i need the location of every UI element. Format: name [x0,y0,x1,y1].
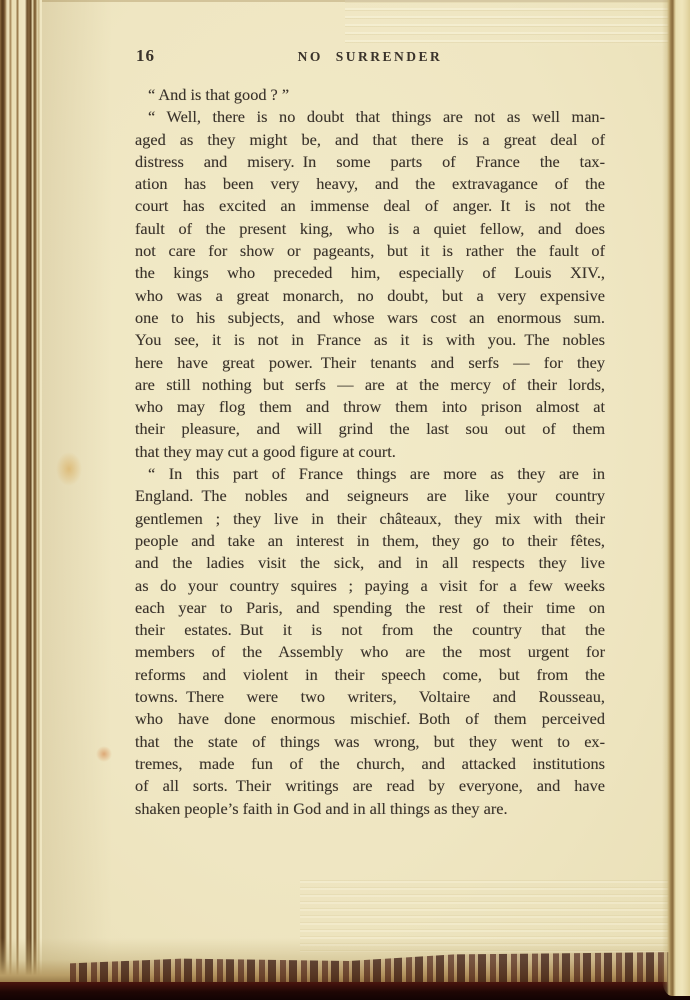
text-line: towns. There were two writers, Voltaire … [135,686,605,708]
text-line: who have done enormous mischief. Both of… [135,708,605,730]
text-line: each year to Paris, and spending the res… [135,597,605,619]
text-line: tremes, made fun of the church, and atta… [135,753,605,775]
text-line: not care for show or pageants, but it is… [135,240,605,262]
text-line: who was a great monarch, no doubt, but a… [135,285,605,307]
book-cover-bottom [0,982,690,1000]
text-line: court has excited an immense deal of ang… [135,195,605,217]
page-text: “ And is that good ? ”“ Well, there is n… [135,84,605,820]
text-line: of all sorts. Their writings are read by… [135,775,605,797]
text-line: members of the Assembly who are the most… [135,641,605,663]
text-line: shaken people’s faith in God and in all … [135,798,605,820]
text-line: “ And is that good ? ” [135,84,605,106]
gutter-shadow [42,0,112,1000]
page-top-edge-texture [345,0,676,46]
text-line: who may flog them and throw them into pr… [135,396,605,418]
text-line: here have great power. Their tenants and… [135,352,605,374]
text-line: and the ladies visit the sick, and in al… [135,552,605,574]
text-line: are still nothing but serfs — are at the… [135,374,605,396]
text-line: fault of the present king, who is a quie… [135,218,605,240]
text-line: “ Well, there is no doubt that things ar… [135,106,605,128]
text-line: aged as they might be, and that there is… [135,129,605,151]
text-line: as do your country squires ; paying a vi… [135,575,605,597]
book-scan: 16 NO SURRENDER “ And is that good ? ”“ … [0,0,690,1000]
text-line: distress and misery. In some parts of Fr… [135,151,605,173]
page-header: 16 NO SURRENDER [135,46,605,68]
text-line: England. The nobles and seigneurs are li… [135,485,605,507]
text-line: “ In this part of France things are more… [135,463,605,485]
text-line: that the state of things was wrong, but … [135,731,605,753]
text-line: the kings who preceded him, especially o… [135,262,605,284]
text-line: people and take an interest in them, the… [135,530,605,552]
text-line: gentlemen ; they live in their châteaux,… [135,508,605,530]
text-line: their estates. But it is not from the co… [135,619,605,641]
text-line: You see, it is not in France as it is wi… [135,329,605,351]
book-page-edges-left [0,0,42,1000]
text-line: reforms and violent in their speech come… [135,664,605,686]
text-line: that they may cut a good figure at court… [135,441,605,463]
running-title: NO SURRENDER [135,49,605,65]
text-line: ation has been very heavy, and the extra… [135,173,605,195]
text-line: one to his subjects, and whose wars cost… [135,307,605,329]
text-line: their pleasure, and will grind the last … [135,418,605,440]
book-page-edge-right [662,0,690,996]
